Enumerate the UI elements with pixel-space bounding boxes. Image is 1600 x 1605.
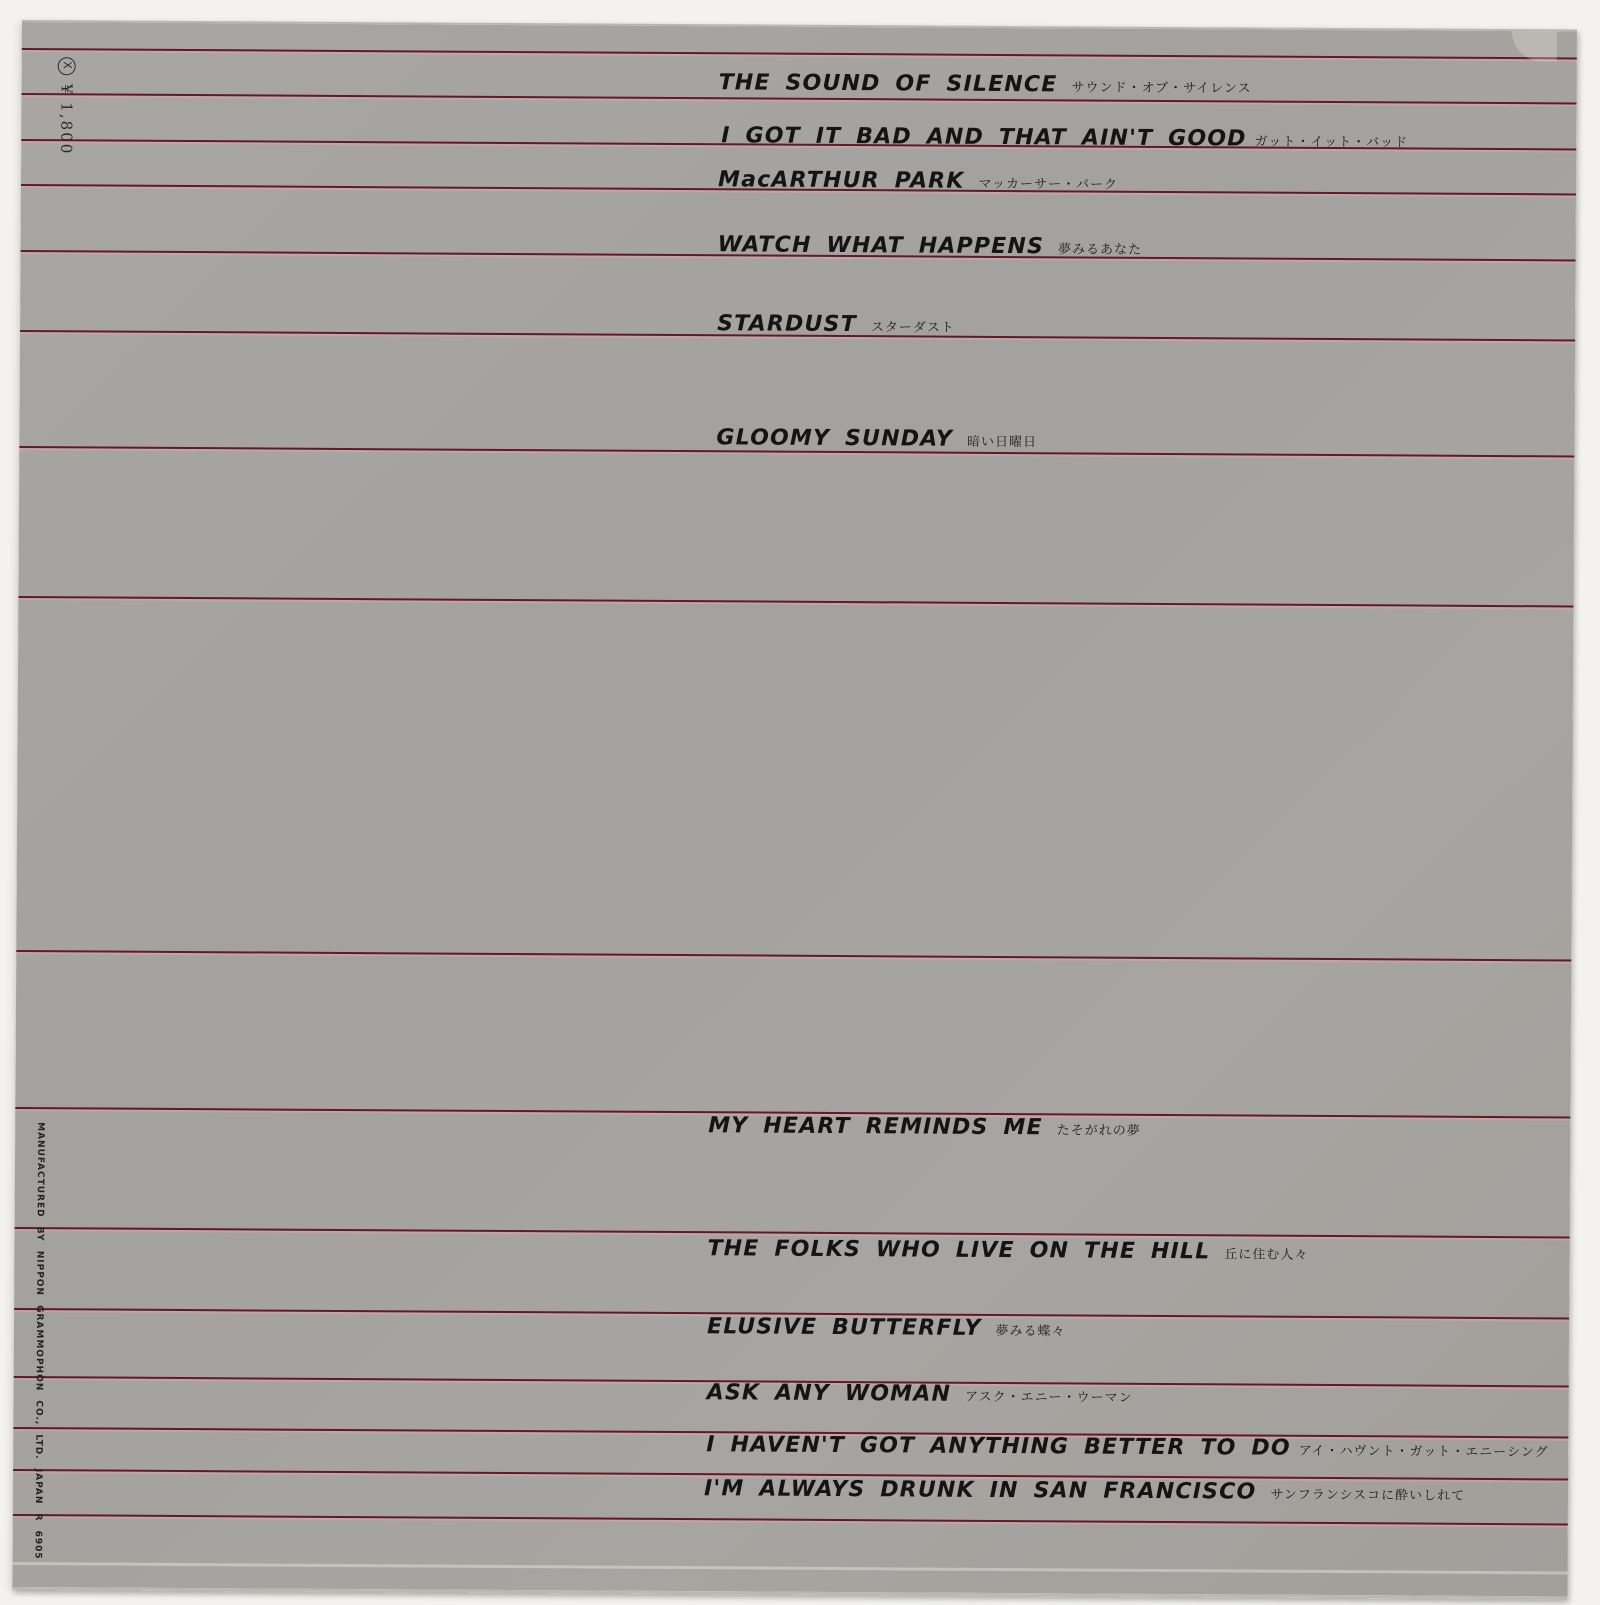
track-list-item: THE FOLKS WHO LIVE ON THE HILL 丘に住む人々: [707, 1236, 1308, 1265]
track-list-item: THE SOUND OF SILENCE サウンド・オブ・サイレンス: [719, 70, 1252, 98]
price-label: X ¥ 1,800: [57, 57, 76, 155]
track-title-jp: たそがれの夢: [1057, 1119, 1141, 1139]
manufacturer-text: MANUFACTURED BY NIPPON GRAMMOPHON CO., L…: [33, 1122, 45, 1504]
track-title: THE FOLKS WHO LIVE ON THE HILL: [707, 1236, 1210, 1264]
track-title-jp: 暗い日曜日: [967, 431, 1037, 450]
track-list-item: ASK ANY WOMAN アスク・エニー・ウーマン: [707, 1380, 1133, 1408]
track-list-item: I HAVEN'T GOT ANYTHING BETTER TO DO アイ・ハ…: [706, 1432, 1548, 1462]
track-list-item: STARDUST スターダスト: [717, 311, 955, 337]
track-title-jp: マッカーサー・パーク: [979, 173, 1119, 193]
track-title: MY HEART REMINDS ME: [708, 1113, 1043, 1140]
track-list-item: WATCH WHAT HAPPENS 夢みるあなた: [718, 232, 1143, 260]
track-title: WATCH WHAT HAPPENS: [718, 232, 1045, 259]
track-title-jp: サウンド・オブ・サイレンス: [1071, 76, 1251, 96]
rule-line: [16, 950, 1571, 961]
price-mark-icon: X: [58, 57, 76, 75]
track-list-item: I GOT IT BAD AND THAT AIN'T GOOD ガット・イット…: [721, 123, 1408, 152]
track-title: STARDUST: [717, 311, 857, 337]
edge-wear: [13, 1562, 1568, 1574]
catalog-number: R 6905: [33, 1514, 43, 1560]
track-title: ELUSIVE BUTTERFLY: [707, 1314, 982, 1341]
album-back-cover: X ¥ 1,800 MANUFACTURED BY NIPPON GRAMMOP…: [12, 20, 1577, 1599]
track-title-jp: ガット・イット・バッド: [1255, 131, 1409, 151]
track-title: GLOOMY SUNDAY: [716, 425, 953, 451]
track-title: I HAVEN'T GOT ANYTHING BETTER TO DO: [706, 1432, 1291, 1461]
track-list-item: ELUSIVE BUTTERFLY 夢みる蝶々: [707, 1314, 1066, 1341]
track-list-item: GLOOMY SUNDAY 暗い日曜日: [716, 425, 1037, 452]
track-title-jp: スターダスト: [871, 316, 955, 336]
price-value: ¥ 1,800: [57, 84, 75, 155]
track-title: I'M ALWAYS DRUNK IN SAN FRANCISCO: [704, 1476, 1257, 1504]
track-title-jp: 夢みるあなた: [1058, 238, 1142, 258]
track-title: I GOT IT BAD AND THAT AIN'T GOOD: [721, 123, 1247, 151]
track-list-item: MacARTHUR PARK マッカーサー・パーク: [718, 167, 1118, 194]
track-title-jp: 丘に住む人々: [1224, 1243, 1308, 1263]
track-title: MacARTHUR PARK: [718, 167, 965, 194]
rule-line: [13, 1514, 1568, 1525]
track-title-jp: アスク・エニー・ウーマン: [965, 1386, 1133, 1406]
manufacturer-credit: MANUFACTURED BY NIPPON GRAMMOPHON CO., L…: [33, 1122, 46, 1560]
rule-line: [22, 48, 1577, 59]
track-title: THE SOUND OF SILENCE: [719, 70, 1058, 97]
track-title-jp: アイ・ハヴント・ガット・エニーシング: [1299, 1440, 1549, 1461]
rule-line: [18, 596, 1573, 607]
track-list-item: I'M ALWAYS DRUNK IN SAN FRANCISCO サンフランシ…: [704, 1476, 1465, 1506]
track-title-jp: 夢みる蝶々: [995, 1320, 1065, 1339]
track-title-jp: サンフランシスコに酔いしれて: [1270, 1484, 1465, 1504]
track-title: ASK ANY WOMAN: [707, 1380, 952, 1406]
track-list-item: MY HEART REMINDS ME たそがれの夢: [708, 1113, 1141, 1141]
